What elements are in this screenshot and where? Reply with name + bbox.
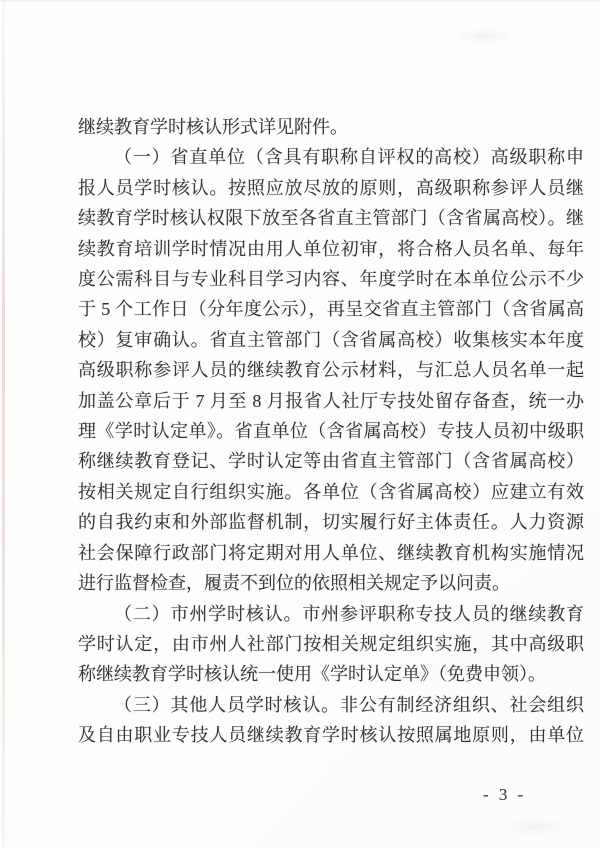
text-line: 继续教育学时核认形式详见附件。 [78, 112, 584, 142]
text-line: 续教育学时核认权限下放至各省直主管部门（含省属高校）。继 [78, 203, 584, 233]
paragraph: （三）其他人员学时核认。非公有制经济组织、社会组织及自由职业专技人员继续教育学时… [78, 690, 584, 751]
text-line: （二）市州学时核认。市州参评职称专技人员的继续教育 [78, 599, 584, 629]
text-line: 称继续教育登记、学时认定等由省直主管部门（含省属高校） [78, 446, 584, 476]
text-line: 报人员学时核认。按照应放尽放的原则，高级职称参评人员继 [78, 173, 584, 203]
text-line: 按相关规定自行组织实施。各单位（含省属高校）应建立有效 [78, 477, 584, 507]
scanned-document-page: 继续教育学时核认形式详见附件。（一）省直单位（含具有职称自评权的高校）高级职称申… [0, 0, 600, 848]
text-line: 称继续教育学时核认统一使用《学时认定单》（免费申领）。 [78, 659, 584, 689]
text-line: 续教育培训学时情况由用人单位初审，将合格人员名单、每年 [78, 234, 584, 264]
text-line: 进行监督检查，履责不到位的依照相关规定予以问责。 [78, 568, 584, 598]
text-line: 社会保障行政部门将定期对用人单位、继续教育机构实施情况 [78, 538, 584, 568]
text-line: 理《学时认定单》。省直单位（含省属高校）专技人员初中级职 [78, 416, 584, 446]
scan-smudge [500, 818, 570, 836]
text-line: 高级职称参评人员的继续教育公示材料，与汇总人员名单一起 [78, 355, 584, 385]
text-line: 校）复审确认。省直主管部门（含省属高校）收集核实本年度 [78, 325, 584, 355]
text-line: 于 5 个工作日（分年度公示），再呈交省直主管部门（含省属高 [78, 294, 584, 324]
scan-edge-artifact [2, 0, 5, 848]
text-line: （一）省直单位（含具有职称自评权的高校）高级职称申 [78, 142, 584, 172]
text-line: 学时认定，由市州人社部门按相关规定组织实施，其中高级职 [78, 629, 584, 659]
text-line: （三）其他人员学时核认。非公有制经济组织、社会组织 [78, 690, 584, 720]
document-body: 继续教育学时核认形式详见附件。（一）省直单位（含具有职称自评权的高校）高级职称申… [78, 112, 584, 751]
text-line: 度公需科目与专业科目学习内容、年度学时在本单位公示不少 [78, 264, 584, 294]
text-line: 的自我约束和外部监督机制，切实履行好主体责任。人力资源 [78, 507, 584, 537]
scan-top-edge-artifact [0, 0, 600, 2]
page-number: - 3 - [483, 786, 524, 803]
paragraph: （一）省直单位（含具有职称自评权的高校）高级职称申报人员学时核认。按照应放尽放的… [78, 142, 584, 598]
text-line: 及自由职业专技人员继续教育学时核认按照属地原则，由单位 [78, 720, 584, 750]
paragraph: （二）市州学时核认。市州参评职称专技人员的继续教育学时认定，由市州人社部门按相关… [78, 599, 584, 690]
text-line: 加盖公章后于 7 月至 8 月报省人社厅专技处留存备查，统一办 [78, 386, 584, 416]
scan-smudge [455, 28, 515, 44]
paragraph: 继续教育学时核认形式详见附件。 [78, 112, 584, 142]
